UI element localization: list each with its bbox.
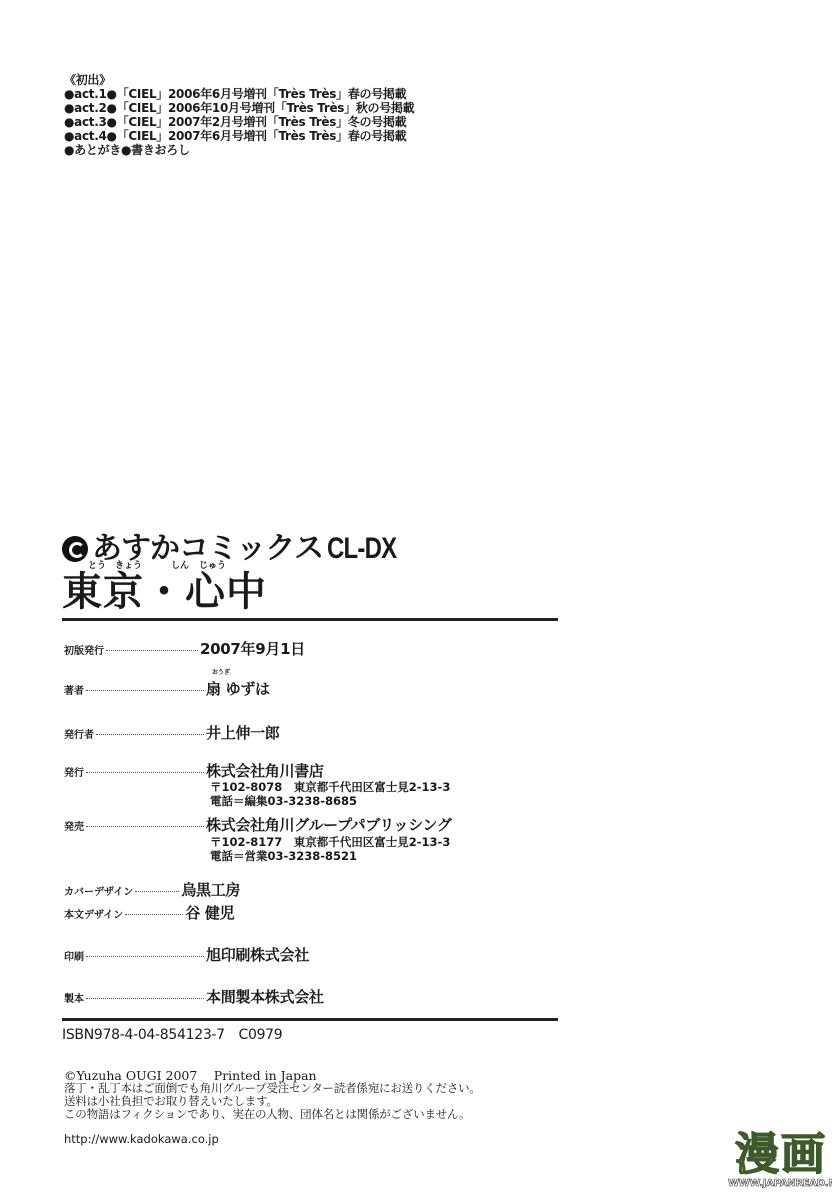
colophon-row-distributor: 発売 株式会社角川グループパブリッシング: [64, 814, 452, 835]
row-value: 株式会社角川グループパブリッシング: [206, 814, 452, 835]
leader-dots: [106, 650, 198, 651]
row-label: カバーデザイン: [64, 883, 133, 898]
colophon-row-binding: 製本 本間製本株式会社: [64, 986, 324, 1007]
colophon-row-author: 著者 扇 ゆずは: [64, 678, 270, 699]
row-value: 2007年9月1日: [200, 638, 305, 659]
row-label: 印刷: [64, 948, 84, 963]
publisher-url[interactable]: http://www.kadokawa.co.jp: [64, 1132, 219, 1146]
leader-dots: [86, 956, 204, 957]
colophon-row-publisher: 発行 株式会社角川書店: [64, 760, 324, 781]
publisher-phone: 電話＝編集03-3238-8685: [210, 794, 357, 808]
note-line: この物語はフィクションであり、実在の人物、団体名とは関係がございません。: [64, 1108, 481, 1121]
notes: 落丁・乱丁本はご面倒でも角川グループ受注センター読者係宛にお送りください。 送料…: [64, 1082, 481, 1121]
imprint-suffix: CL-DX: [327, 532, 396, 566]
first-publication-line: ●act.4●「CIEL」2007年6月号増刊「Très Très」春の号掲載: [64, 129, 414, 143]
imprint-logo-icon: [62, 536, 88, 562]
watermark-char: 画: [781, 1132, 825, 1178]
row-value: 旭印刷株式会社: [206, 944, 309, 965]
leader-dots: [86, 998, 204, 999]
row-label: 発売: [64, 818, 84, 833]
watermark: 漫 画 WWW.JAPANREAD.NET: [728, 1132, 832, 1200]
isbn: ISBN978-4-04-854123-7 C0979: [62, 1024, 282, 1044]
watermark-site: WWW.JAPANREAD.NET: [728, 1178, 832, 1190]
isbn-divider: [62, 1018, 558, 1021]
first-publication-block: 《初出》 ●act.1●「CIEL」2006年6月号増刊「Très Très」春…: [64, 73, 414, 157]
row-value: 烏黒工房: [181, 879, 240, 900]
distributor-phone: 電話＝営業03-3238-8521: [210, 849, 357, 863]
leader-dots: [86, 772, 204, 773]
row-label: 発行: [64, 764, 84, 779]
first-publication-line: ●act.3●「CIEL」2007年2月号増刊「Très Très」冬の号掲載: [64, 115, 414, 129]
row-value: 井上伸一郎: [206, 722, 280, 743]
first-publication-line: ●あとがき●書きおろし: [64, 143, 414, 157]
row-label: 製本: [64, 990, 84, 1005]
leader-dots: [135, 891, 179, 892]
row-value: 株式会社角川書店: [206, 760, 324, 781]
leader-dots: [125, 914, 183, 915]
row-value: 谷 健児: [185, 902, 234, 923]
watermark-char: 漫: [735, 1132, 779, 1178]
row-label: 著者: [64, 682, 84, 697]
row-value: 扇 ゆずは: [206, 678, 270, 699]
colophon-row-first-edition: 初版発行 2007年9月1日: [64, 638, 305, 659]
leader-dots: [96, 734, 204, 735]
colophon-row-printing: 印刷 旭印刷株式会社: [64, 944, 309, 965]
leader-dots: [86, 690, 204, 691]
colophon-row-cover-design: カバーデザイン 烏黒工房: [64, 879, 240, 900]
author-ruby: おうぎ: [212, 667, 230, 676]
row-value: 本間製本株式会社: [206, 986, 324, 1007]
first-publication-line: ●act.1●「CIEL」2006年6月号増刊「Très Très」春の号掲載: [64, 87, 414, 101]
row-label: 発行者: [64, 726, 94, 741]
distributor-address: 〒102-8177 東京都千代田区富士見2-13-3: [210, 835, 450, 849]
colophon-row-text-design: 本文デザイン 谷 健児: [64, 902, 234, 923]
row-label: 初版発行: [64, 642, 104, 657]
row-label: 本文デザイン: [64, 906, 123, 921]
publisher-address: 〒102-8078 東京都千代田区富士見2-13-3: [210, 780, 450, 794]
title-divider: [62, 618, 558, 621]
book-title: 東京・心中: [62, 568, 267, 616]
first-publication-heading: 《初出》: [64, 73, 414, 87]
colophon-row-issuer: 発行者 井上伸一郎: [64, 722, 280, 743]
first-publication-line: ●act.2●「CIEL」2006年10月号増刊「Très Très」秋の号掲載: [64, 101, 414, 115]
leader-dots: [86, 826, 204, 827]
